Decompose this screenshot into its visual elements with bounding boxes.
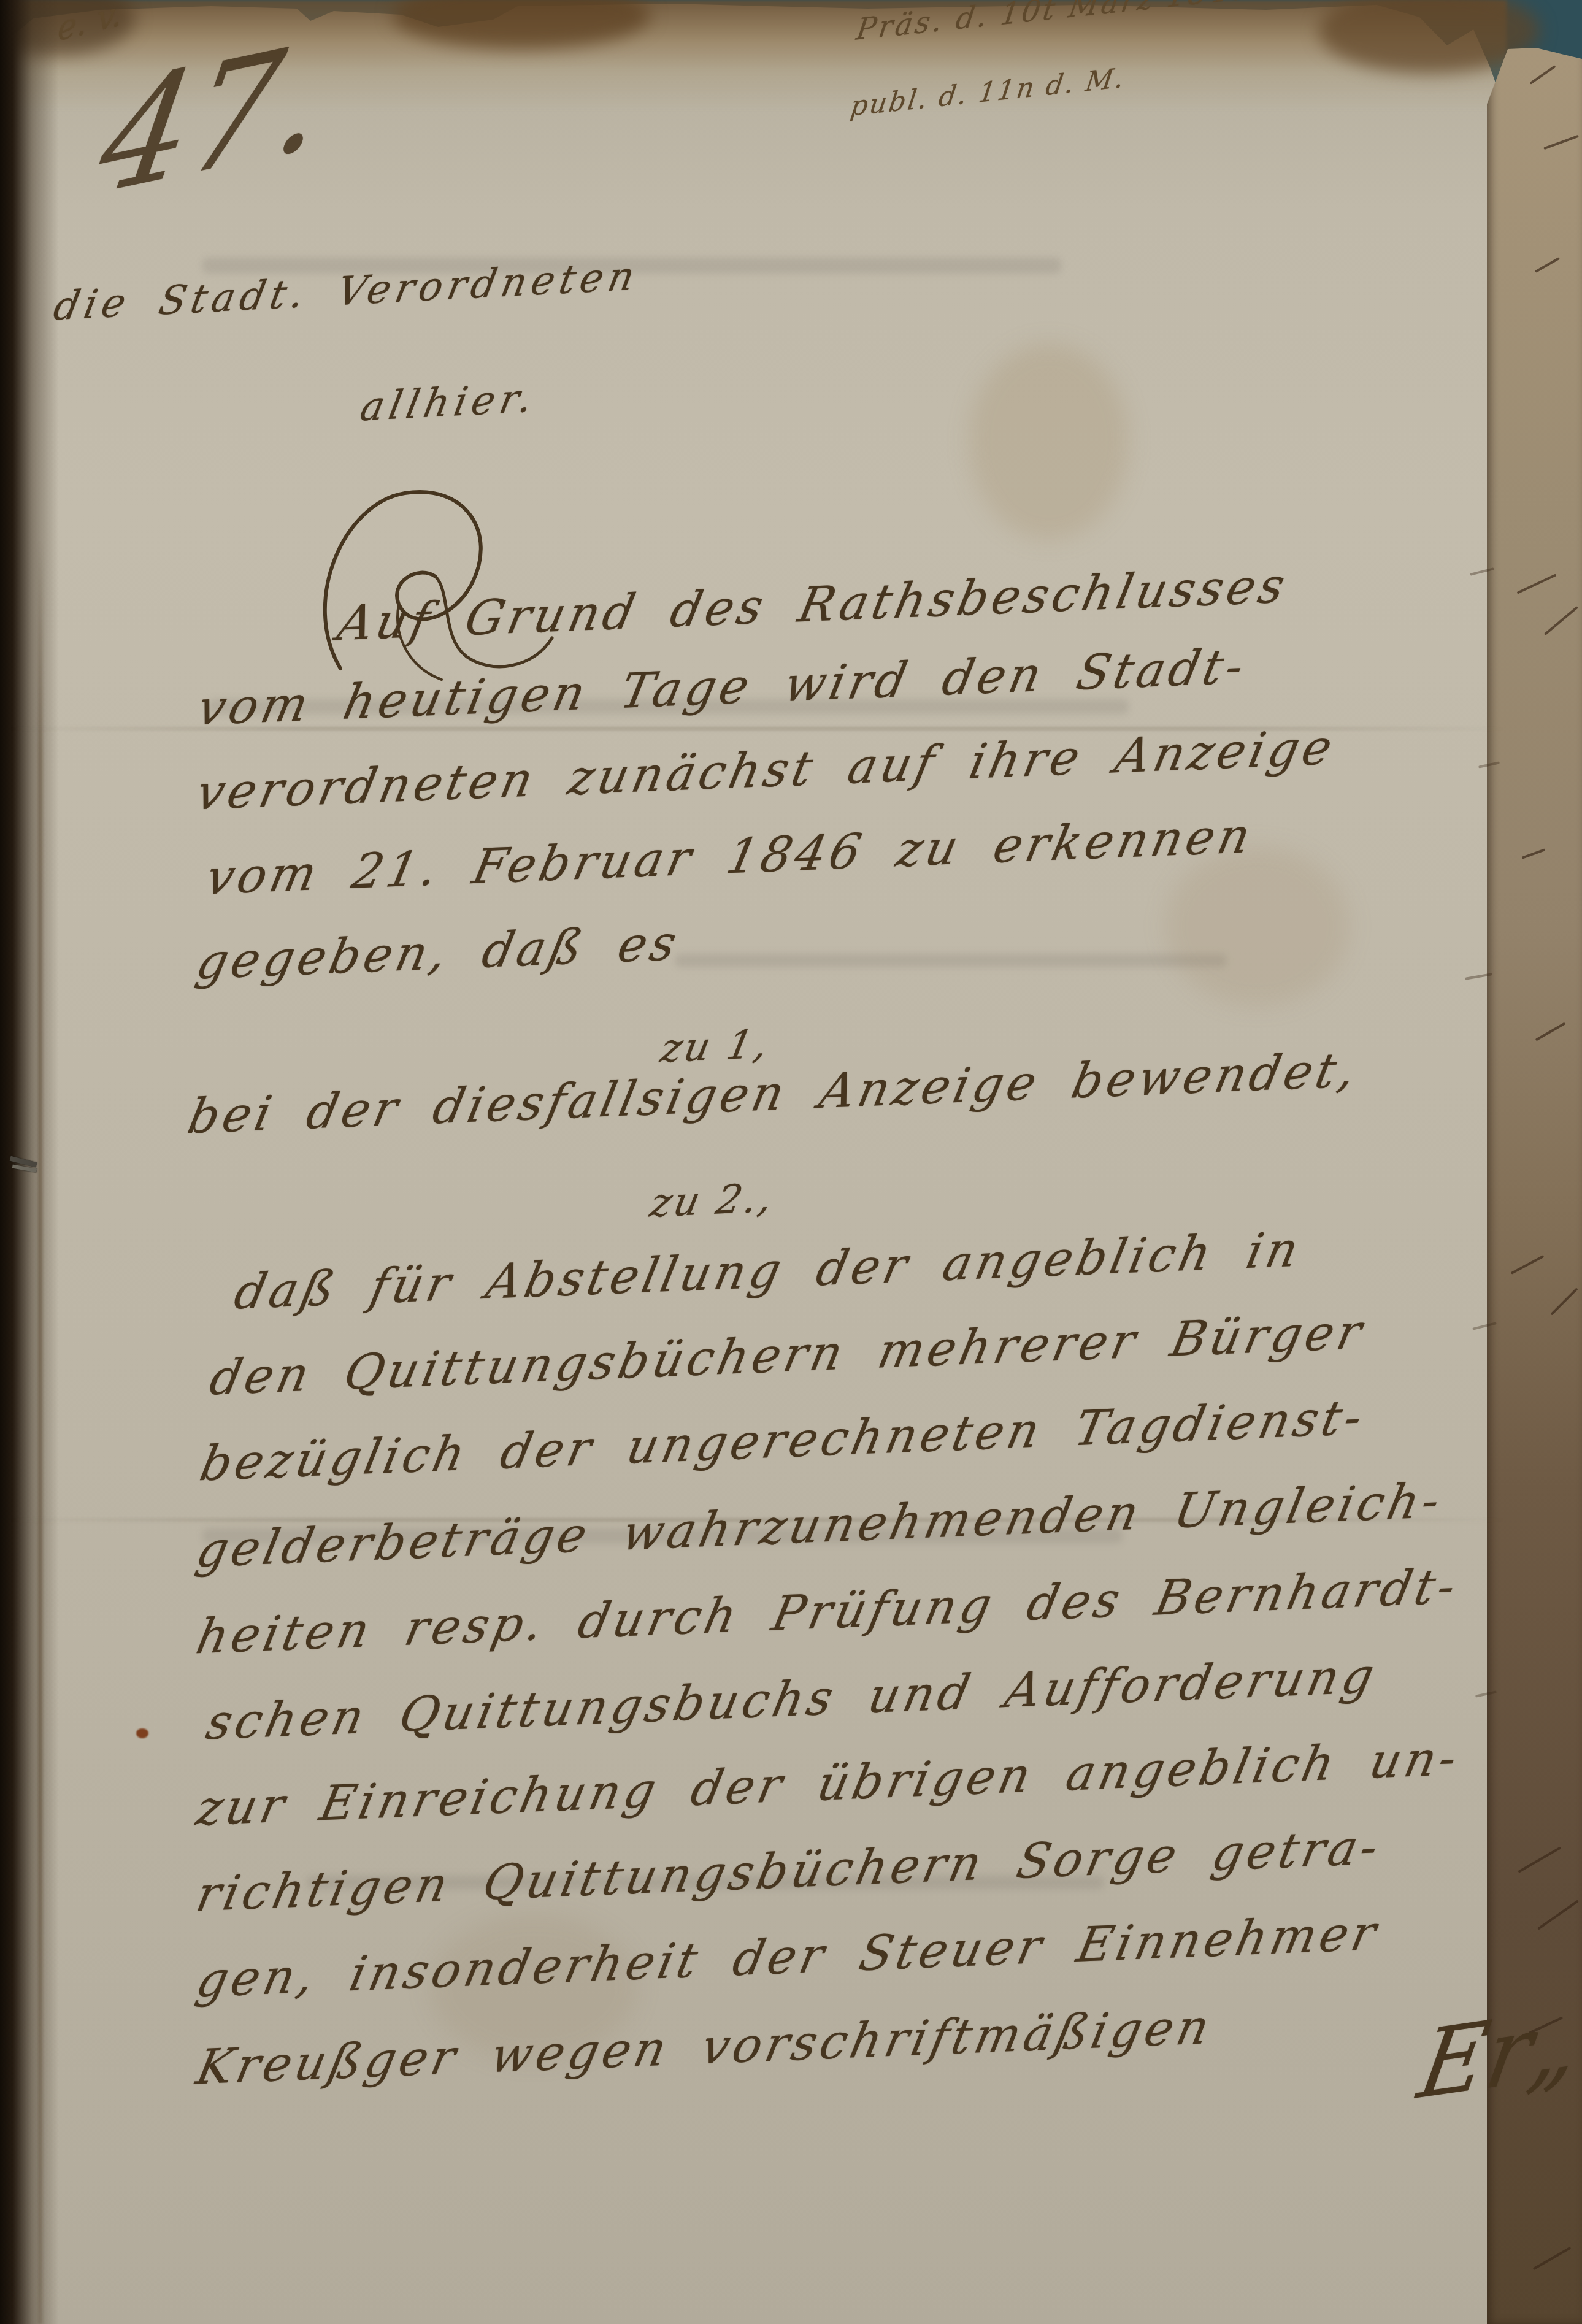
ornamental-initial-flourish bbox=[307, 485, 570, 687]
ink-bleed-mark bbox=[1529, 65, 1556, 85]
ink-bleed-mark bbox=[1535, 1022, 1566, 1041]
ink-bleed-mark bbox=[1543, 135, 1579, 150]
ink-bleed-mark bbox=[1544, 606, 1578, 635]
ink-bleed-mark bbox=[1550, 1287, 1578, 1315]
catchword-flourish: Er„ bbox=[1413, 1996, 1582, 2113]
ink-bleed-mark bbox=[1516, 573, 1556, 594]
ink-bleed-mark bbox=[1522, 848, 1546, 859]
ink-bleed-mark bbox=[1537, 1900, 1579, 1930]
ink-bleed-mark bbox=[1535, 257, 1560, 273]
ink-bleed-mark bbox=[1518, 1846, 1561, 1873]
item-1-heading: zu 1, bbox=[658, 1024, 774, 1068]
ink-bleed-mark bbox=[1533, 2247, 1572, 2270]
ink-bleed-mark bbox=[1511, 1255, 1545, 1275]
address-line: allhier. bbox=[357, 378, 540, 428]
item-2-heading: zu 2., bbox=[647, 1178, 778, 1223]
document-photo: e. v. Präs. d. 10t März 1846. Vormittg. … bbox=[0, 0, 1582, 2324]
